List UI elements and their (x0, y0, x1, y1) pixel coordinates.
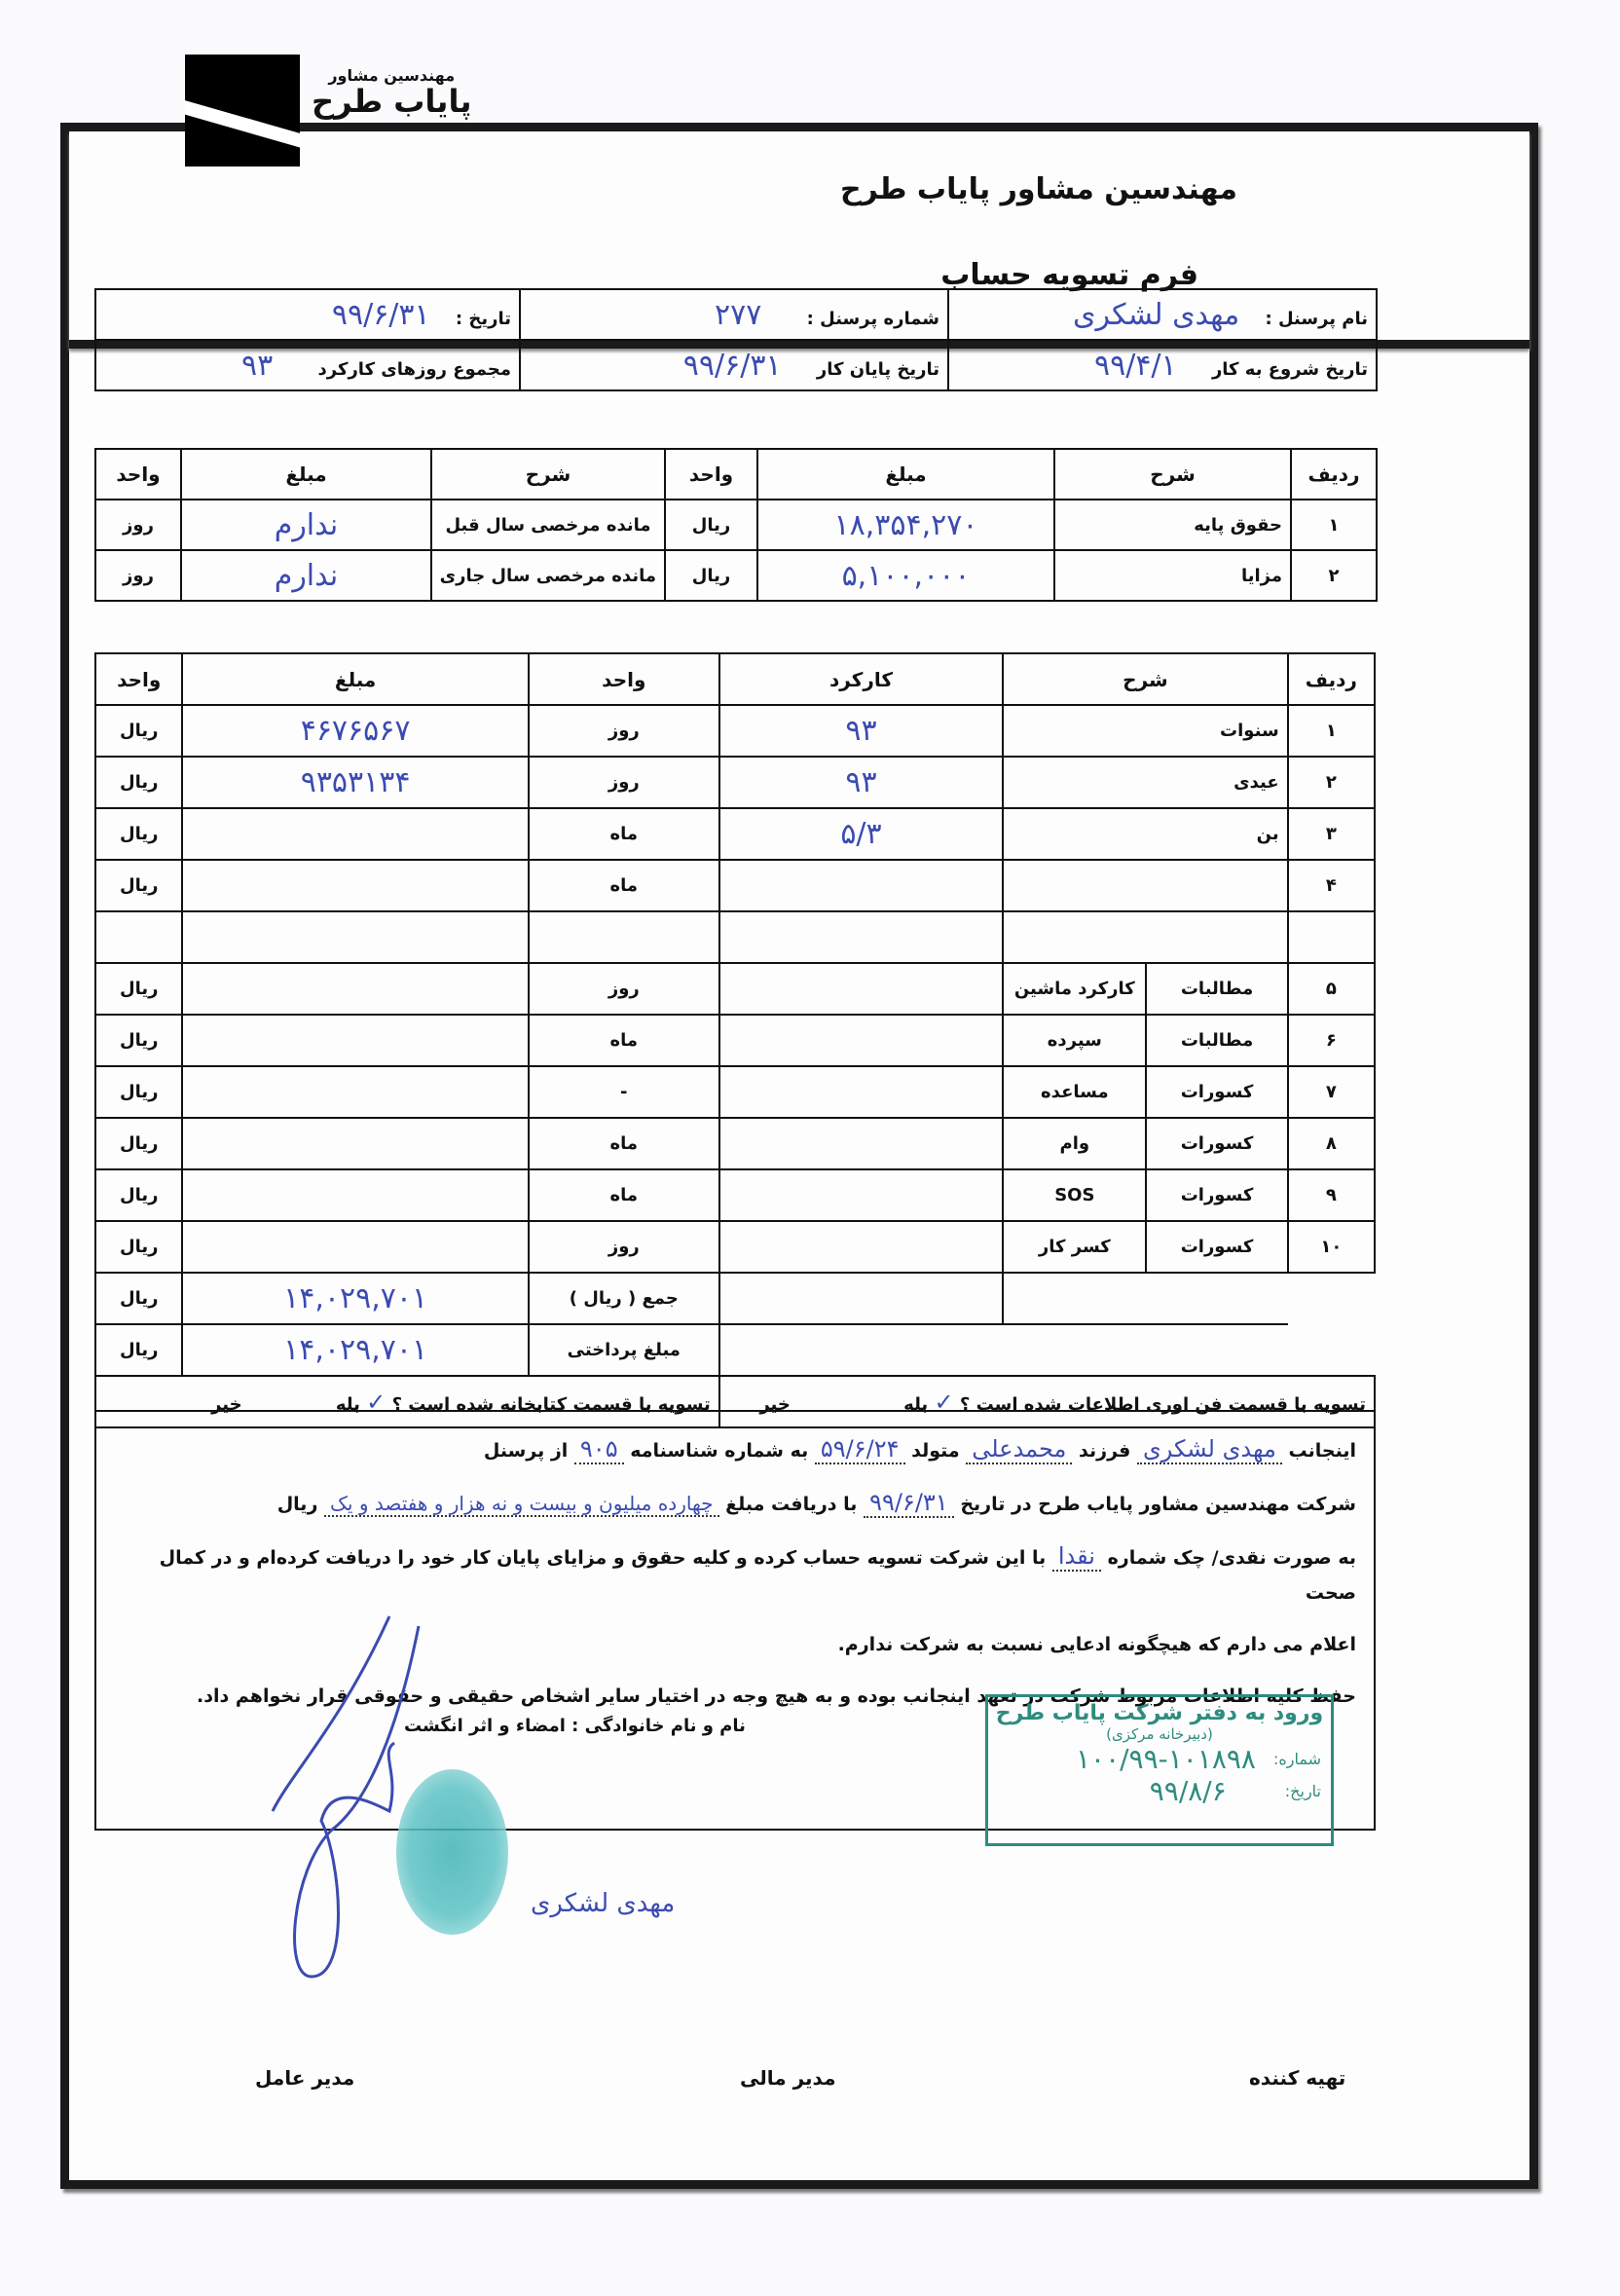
payment-method-field: نقدا (1052, 1542, 1101, 1572)
row-desc: وام (1003, 1118, 1146, 1169)
table-row: ۵مطالباتکارکرد ماشینروزریال (95, 963, 1375, 1015)
date-label: تاریخ : (456, 309, 511, 329)
row-unit: ماه (529, 860, 719, 911)
name-value: مهدی لشکری (1073, 298, 1239, 332)
row-desc (1003, 860, 1287, 911)
text: به صورت نقدی/ چک شماره (1108, 1547, 1356, 1569)
declaration-line-1: اینجانب مهدی لشکری فرزند محمدعلی متولد ۵… (114, 1431, 1356, 1468)
text: فرزند (1079, 1440, 1130, 1462)
row-unit: ماه (529, 1118, 719, 1169)
row-unit: روز (529, 1221, 719, 1273)
row-unit: روز (529, 963, 719, 1015)
row-unit: ریال (665, 550, 757, 601)
end-value: ۹۹/۶/۳۱ (683, 349, 782, 383)
row-currency: ریال (95, 1118, 182, 1169)
table-row: ۱سنوات۹۳روز۴۶۷۶۵۶۷ریال (95, 705, 1375, 757)
stamp-title: ورود به دفتر شرکت پایاب طرح (988, 1701, 1331, 1725)
row-index: ۲ (1291, 550, 1377, 601)
table-row: ۲ مزایا ۵,۱۰۰,۰۰۰ ریال مانده مرخصی سال ج… (95, 550, 1377, 601)
row-unit: ماه (529, 1169, 719, 1221)
end-date-cell: تاریخ پایان کار ۹۹/۶/۳۱ (520, 340, 948, 390)
days-label: مجموع روزهای کارکرد (318, 359, 511, 380)
row-work (719, 1118, 1003, 1169)
row-unit2: روز (95, 550, 181, 601)
personnel-info-table: نام پرسنل : مهدی لشکری شماره پرسنل : ۲۷۷… (94, 288, 1378, 391)
row-amount: ۴۶۷۶۵۶۷ (182, 705, 528, 757)
row-currency: ریال (95, 808, 182, 860)
date-value: ۹۹/۶/۳۱ (332, 298, 430, 332)
row-amount (182, 1118, 528, 1169)
row-amount (182, 963, 528, 1015)
col-header: مبلغ (182, 653, 528, 705)
table-row: ۳بن۵/۳ماهریال (95, 808, 1375, 860)
row-amount (182, 1066, 528, 1118)
paid-label: مبلغ پرداختی (529, 1324, 719, 1376)
col-header: مبلغ (181, 449, 431, 500)
table-row: ۷کسوراتمساعده-ریال (95, 1066, 1375, 1118)
row-work (719, 963, 1003, 1015)
col-header: واحد (95, 653, 182, 705)
row-desc: عیدی (1003, 757, 1287, 808)
table-row: ۱ حقوق پایه ۱۸,۳۵۴,۲۷۰ ریال مانده مرخصی … (95, 500, 1377, 550)
row-currency: ریال (95, 1221, 182, 1273)
row-desc: مساعده (1003, 1066, 1146, 1118)
row-amount (182, 1221, 528, 1273)
text: اینجانب (1289, 1440, 1356, 1462)
col-header: شرح (1003, 653, 1287, 705)
row-index: ۹ (1288, 1169, 1375, 1221)
row-desc2: مانده مرخصی سال قبل (431, 500, 665, 550)
row-currency: ریال (95, 1169, 182, 1221)
total-row: جمع ( ریال ) ۱۴,۰۲۹,۷۰۱ ریال (95, 1273, 1375, 1324)
id-number-field: ۹۰۵ (574, 1435, 624, 1464)
row-amount2: ندارم (181, 500, 431, 550)
row-index: ۱۰ (1288, 1221, 1375, 1273)
row-unit: ماه (529, 808, 719, 860)
row-work (719, 860, 1003, 911)
total-currency: ریال (95, 1273, 182, 1324)
number-value: ۲۷۷ (715, 298, 761, 332)
text: با دریافت مبلغ (725, 1494, 857, 1515)
settlement-table: ردیف شرح کارکرد واحد مبلغ واحد ۱سنوات۹۳ر… (94, 652, 1376, 1428)
row-unit: ماه (529, 1015, 719, 1066)
stamp-date-value: ۹۹/۸/۶ (1150, 1775, 1227, 1807)
col-header: ردیف (1288, 653, 1375, 705)
row-amount: ۱۸,۳۵۴,۲۷۰ (757, 500, 1054, 550)
father-name-field: محمدعلی (966, 1435, 1072, 1464)
row-amount (182, 808, 528, 860)
table-row: ۹کسوراتSOSماهریال (95, 1169, 1375, 1221)
start-value: ۹۹/۴/۱ (1094, 349, 1177, 383)
row-unit2: روز (95, 500, 181, 550)
signature-label: نام و نام خانوادگی : امضاء و اثر انگشت (404, 1716, 746, 1736)
col-header: کارکرد (719, 653, 1003, 705)
finance-manager-label: مدیر مالی (740, 2066, 836, 2090)
row-unit: روز (529, 757, 719, 808)
row-amount: ۵,۱۰۰,۰۰۰ (757, 550, 1054, 601)
paid-row: مبلغ پرداختی ۱۴,۰۲۹,۷۰۱ ریال (95, 1324, 1375, 1376)
signature-name: مهدی لشکری (531, 1889, 675, 1918)
company-logo-icon (185, 55, 300, 167)
row-amount (182, 860, 528, 911)
personnel-number-cell: شماره پرسنل : ۲۷۷ (520, 289, 948, 340)
col-header: واحد (95, 449, 181, 500)
table-row: ۴ماهریال (95, 860, 1375, 911)
employee-name-field: مهدی لشکری (1137, 1435, 1282, 1464)
text: شرکت مهندسین مشاور پایاب طرح در تاریخ (960, 1494, 1356, 1515)
row-desc2: مانده مرخصی سال جاری (431, 550, 665, 601)
stamp-number-label: شماره: (1273, 1750, 1321, 1768)
row-amount2: ندارم (181, 550, 431, 601)
start-label: تاریخ شروع به کار (1212, 359, 1368, 380)
row-work: ۹۳ (719, 705, 1003, 757)
preparer-label: تهیه کننده (1249, 2066, 1345, 2090)
row-index: ۵ (1288, 963, 1375, 1015)
total-value: ۱۴,۰۲۹,۷۰۱ (182, 1273, 528, 1324)
row-index: ۱ (1288, 705, 1375, 757)
row-desc: بن (1003, 808, 1287, 860)
personnel-name-cell: نام پرسنل : مهدی لشکری (948, 289, 1377, 340)
end-label: تاریخ پایان کار (817, 359, 939, 380)
table-row: ۲عیدی۹۳روز۹۳۵۳۱۳۴ریال (95, 757, 1375, 808)
row-currency: ریال (95, 963, 182, 1015)
row-category: کسورات (1146, 1221, 1287, 1273)
col-header: شرح (1054, 449, 1291, 500)
stamp-date-label: تاریخ: (1285, 1782, 1321, 1800)
ceo-label: مدیر عامل (255, 2066, 354, 2090)
row-amount (182, 1015, 528, 1066)
col-header: ردیف (1291, 449, 1377, 500)
row-currency: ریال (95, 860, 182, 911)
number-label: شماره پرسنل : (807, 309, 939, 329)
row-index: ۴ (1288, 860, 1375, 911)
signature-icon (253, 1607, 448, 1996)
salary-table: ردیف شرح مبلغ واحد شرح مبلغ واحد ۱ حقوق … (94, 448, 1378, 602)
row-work (719, 1221, 1003, 1273)
company-logo-text: مهندسین مشاور پایاب طرح (312, 66, 471, 118)
start-date-cell: تاریخ شروع به کار ۹۹/۴/۱ (948, 340, 1377, 390)
text: ریال (277, 1494, 318, 1515)
row-category: مطالبات (1146, 963, 1287, 1015)
text: به شماره شناسنامه (630, 1440, 808, 1462)
birth-date-field: ۵۹/۶/۲۴ (815, 1435, 905, 1464)
company-name: مهندسین مشاور پایاب طرح (840, 172, 1237, 206)
row-desc: مزایا (1054, 550, 1291, 601)
table-row: ۱۰کسوراتکسر کارروزریال (95, 1221, 1375, 1273)
row-category: کسورات (1146, 1169, 1287, 1221)
row-index: ۱ (1291, 500, 1377, 550)
row-index: ۸ (1288, 1118, 1375, 1169)
declaration-line-3: به صورت نقدی/ چک شماره نقدا با این شرکت … (114, 1538, 1356, 1611)
col-header: مبلغ (757, 449, 1054, 500)
col-header: واحد (665, 449, 757, 500)
row-amount (182, 1169, 528, 1221)
row-work: ۹۳ (719, 757, 1003, 808)
amount-words-field: چهارده میلیون و بیست و نه هزار و هفتصد و… (324, 1492, 719, 1517)
table-row-blank (95, 911, 1375, 963)
text: متولد (911, 1440, 960, 1462)
form-title: فرم تسویه حساب (940, 258, 1198, 292)
row-work: ۵/۳ (719, 808, 1003, 860)
stamp-number-value: ۱۰۰/۹۹-۱۰۱۸۹۸ (1076, 1743, 1256, 1775)
name-label: نام پرسنل : (1265, 309, 1368, 329)
registry-stamp: ورود به دفتر شرکت پایاب طرح (دبیرخانه مر… (985, 1694, 1334, 1846)
row-amount: ۹۳۵۳۱۳۴ (182, 757, 528, 808)
settlement-date-field: ۹۹/۶/۳۱ (864, 1489, 954, 1518)
row-index: ۷ (1288, 1066, 1375, 1118)
row-currency: ریال (95, 1015, 182, 1066)
table-row: ۸کسوراتوامماهریال (95, 1118, 1375, 1169)
row-category: مطالبات (1146, 1015, 1287, 1066)
row-unit: روز (529, 705, 719, 757)
days-value: ۹۳ (241, 349, 273, 383)
paid-value: ۱۴,۰۲۹,۷۰۱ (182, 1324, 528, 1376)
row-index: ۲ (1288, 757, 1375, 808)
row-currency: ریال (95, 757, 182, 808)
row-work (719, 1066, 1003, 1118)
row-unit: ریال (665, 500, 757, 550)
row-index: ۳ (1288, 808, 1375, 860)
declaration-line-2: شرکت مهندسین مشاور پایاب طرح در تاریخ ۹۹… (114, 1485, 1356, 1522)
col-header: واحد (529, 653, 719, 705)
row-work (719, 1169, 1003, 1221)
row-category: کسورات (1146, 1066, 1287, 1118)
row-currency: ریال (95, 705, 182, 757)
paid-currency: ریال (95, 1324, 182, 1376)
row-work (719, 1015, 1003, 1066)
table-row: ۶مطالباتسپردهماهریال (95, 1015, 1375, 1066)
stamp-subtitle: (دبیرخانه مرکزی) (988, 1725, 1331, 1743)
row-index: ۶ (1288, 1015, 1375, 1066)
date-cell: تاریخ : ۹۹/۶/۳۱ (95, 289, 520, 340)
logo-title: پایاب طرح (312, 85, 471, 118)
total-label: جمع ( ریال ) (529, 1273, 719, 1324)
work-days-cell: مجموع روزهای کارکرد ۹۳ (95, 340, 520, 390)
row-currency: ریال (95, 1066, 182, 1118)
row-desc: سنوات (1003, 705, 1287, 757)
row-desc: سپرده (1003, 1015, 1146, 1066)
row-desc: کارکرد ماشین (1003, 963, 1146, 1015)
row-unit: - (529, 1066, 719, 1118)
row-desc: حقوق پایه (1054, 500, 1291, 550)
text: از پرسنل (484, 1440, 568, 1462)
row-category: کسورات (1146, 1118, 1287, 1169)
row-desc: SOS (1003, 1169, 1146, 1221)
row-desc: کسر کار (1003, 1221, 1146, 1273)
col-header: شرح (431, 449, 665, 500)
